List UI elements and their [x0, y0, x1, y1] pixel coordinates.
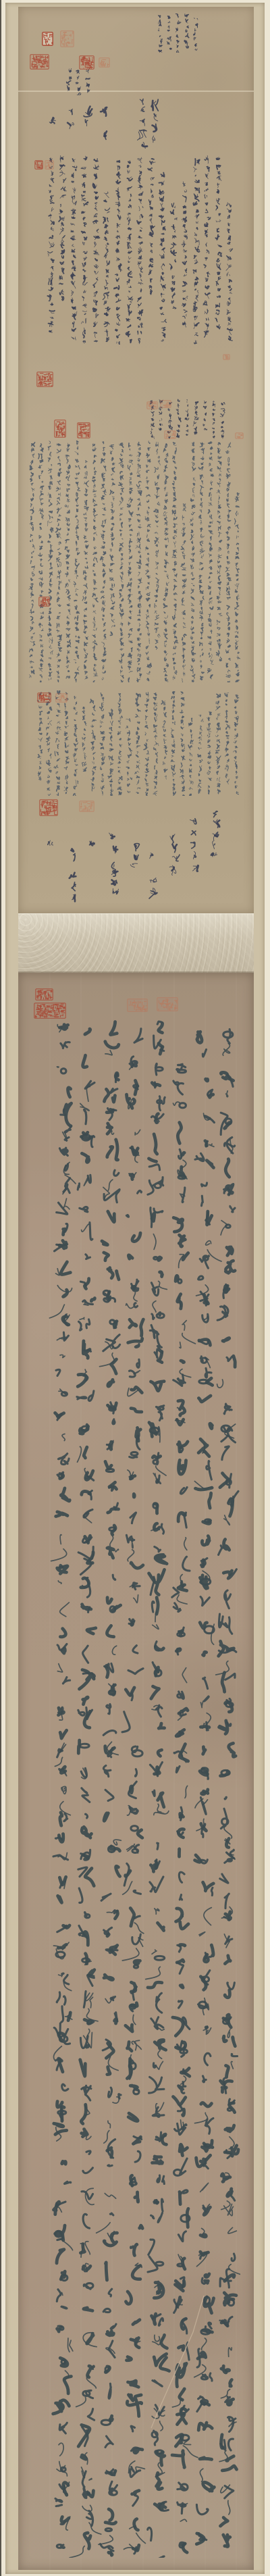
- calligraphy-block-colophon-running-1: [27, 440, 242, 682]
- paper-crease: [18, 91, 254, 92]
- calligraphy-block-date-inscription: [63, 68, 92, 95]
- scan-edge: [0, 0, 1, 2576]
- calligraphy-block-title-inscription-right: [136, 96, 161, 149]
- seal-stamp: [36, 372, 53, 387]
- seal-stamp: [79, 55, 94, 70]
- seal-stamp: [39, 799, 58, 816]
- calligraphy-block-title-inscription-left: [38, 100, 113, 149]
- seal-stamp: [99, 57, 110, 68]
- handscroll-scan: [0, 0, 270, 2576]
- seal-stamp: [30, 54, 49, 70]
- seal-stamp: [79, 801, 94, 812]
- seal-stamp: [54, 420, 66, 438]
- seal-stamp: [60, 30, 74, 47]
- calligraphy-block-tiny-colophon-top: [154, 14, 200, 53]
- seal-stamp: [160, 400, 171, 408]
- seal-stamp: [37, 692, 51, 703]
- seal-stamp: [34, 160, 43, 170]
- seal-stamp: [223, 354, 230, 360]
- seal-stamp: [42, 32, 53, 46]
- seal-stamp: [45, 160, 54, 170]
- seal-stamp: [77, 422, 90, 438]
- brocade-divider: [18, 913, 254, 973]
- calligraphy-block-colophon-regular: [39, 155, 235, 345]
- seal-stamp: [146, 401, 158, 409]
- seal-stamp: [55, 693, 67, 703]
- seal-stamp: [38, 597, 50, 607]
- seal-stamp: [235, 432, 244, 439]
- seal-stamp: [164, 430, 176, 439]
- paper-crack: [18, 973, 254, 2570]
- calligraphy-block-colophon-running-2: [27, 690, 240, 796]
- calligraphy-block-colophon-signature: [32, 808, 225, 908]
